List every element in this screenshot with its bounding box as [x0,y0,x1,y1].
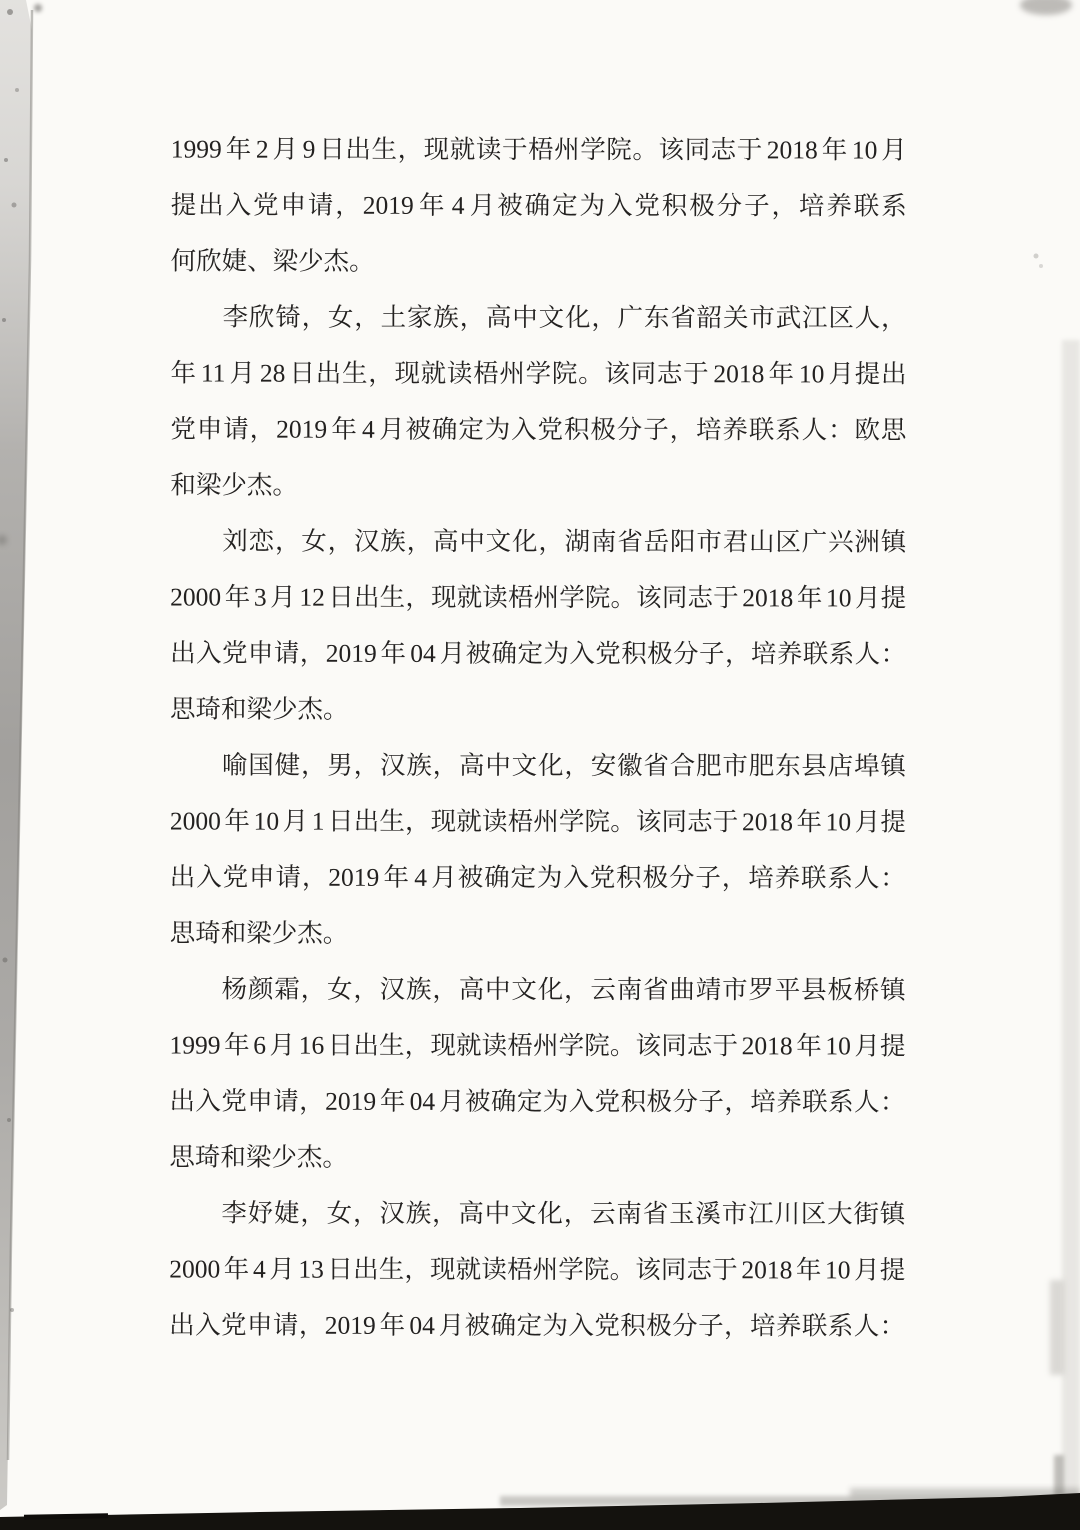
text-line: 李欣锜，女，土家族，高中文化，广东省韶关市武江区人，1998 [171,289,907,346]
text-line: 李妤婕，女，汉族，高中文化，云南省玉溪市江川区大街镇人， [169,1185,905,1242]
text-line: 党申请，2019 年 4 月被确定为入党积极分子，培养联系人：欧思琦 [170,401,906,458]
bottom-noise-1 [500,1496,1080,1506]
text-line: 思琦和梁少杰。 [170,681,906,738]
left-edge-shadow [0,0,32,1510]
text-line: 刘恋，女，汉族，高中文化，湖南省岳阳市君山区广兴洲镇人， [170,513,906,570]
text-line: 年 11 月 28 日出生，现就读梧州学院。该同志于 2018 年 10 月提出… [170,345,906,402]
top-right-smudge [1020,0,1072,15]
margin-speckles [0,4,42,1312]
text-line: 2000 年 3 月 12 日出生，现就读梧州学院。该同志于 2018 年 10… [170,569,906,626]
right-edge-smudge-1 [1050,1280,1064,1375]
text-line: 2000 年 4 月 13 日出生，现就读梧州学院。该同志于 2018 年 10… [169,1241,905,1298]
text-line: 出入党申请，2019 年 04 月被确定为入党积极分子，培养联系人：欧 [169,1297,905,1354]
right-edge-shadow [1062,340,1080,1530]
text-line: 提出入党申请，2019 年 4 月被确定为入党积极分子，培养联系人： [171,177,907,234]
text-line: 1999 年 2 月 9 日出生，现就读于梧州学院。该同志于 2018 年 10… [171,121,907,178]
document-text-block: 1999 年 2 月 9 日出生，现就读于梧州学院。该同志于 2018 年 10… [169,121,907,1354]
text-line: 出入党申请，2019 年 04 月被确定为入党积极分子，培养联系人：欧 [169,1073,905,1130]
text-line: 出入党申请，2019 年 4 月被确定为入党积极分子，培养联系人：欧 [170,849,906,906]
bottom-edge-shadow [0,1493,1080,1530]
text-line: 何欣婕、梁少杰。 [171,233,907,290]
right-margin-specks [1034,254,1044,269]
text-line: 和梁少杰。 [170,457,906,514]
text-line: 1999 年 6 月 16 日出生，现就读梧州学院。该同志于 2018 年 10… [170,1017,906,1074]
text-line: 出入党申请，2019 年 04 月被确定为入党积极分子，培养联系人：欧 [170,625,906,682]
text-line: 杨颜霜，女，汉族，高中文化，云南省曲靖市罗平县板桥镇人， [170,961,906,1018]
bottom-noise-2 [850,1488,1080,1498]
text-line: 思琦和梁少杰。 [169,1129,905,1186]
text-line: 2000 年 10 月 1 日出生，现就读梧州学院。该同志于 2018 年 10… [170,793,906,850]
text-line: 思琦和梁少杰。 [170,905,906,962]
left-edge-line [8,10,32,1460]
scanned-page: 1999 年 2 月 9 日出生，现就读于梧州学院。该同志于 2018 年 10… [0,0,1080,1530]
text-line: 喻国健，男，汉族，高中文化，安徽省合肥市肥东县店埠镇人， [170,737,906,794]
bottom-left-dash [24,1513,108,1519]
right-edge-smudge-2 [1054,1455,1064,1515]
